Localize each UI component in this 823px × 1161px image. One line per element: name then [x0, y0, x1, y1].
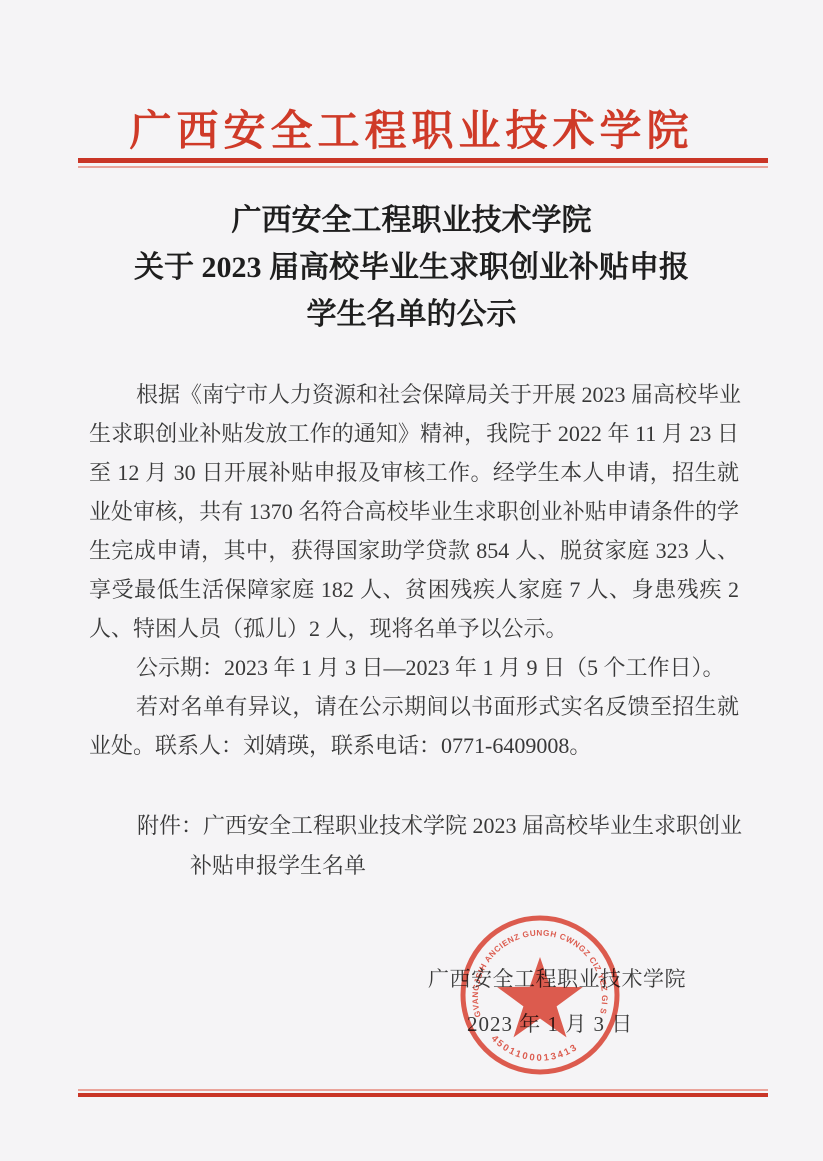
- letterhead-title: 广西安全工程职业技术学院: [0, 98, 823, 158]
- document-title-line-2: 关于 2023 届高校毕业生求职创业补贴申报: [0, 244, 823, 291]
- body-line: 享受最低生活保障家庭 182 人、贫困残疾人家庭 7 人、身患残疾 2: [89, 570, 739, 609]
- signature-date: 2023 年 1 月 3 日: [467, 1008, 633, 1038]
- official-seal-stamp: GVANGJSIH ANCIENZ GUNGH CWNGZ CIZ YEZ GI…: [450, 905, 630, 1085]
- seal-outer-ring: [463, 918, 617, 1072]
- footer-divider: [78, 1089, 768, 1097]
- seal-ring-text: GVANGJSIH ANCIENZ GUNGH CWNGZ CIZ YEZ GI…: [450, 905, 609, 1018]
- signature-institution: 广西安全工程职业技术学院: [428, 963, 686, 993]
- body-line-contact: 业处。联系人：刘婧瑛，联系电话：0771-6409008。: [89, 726, 739, 765]
- body-line: 若对名单有异议，请在公示期间以书面形式实名反馈至招生就: [89, 687, 739, 726]
- attachment-line-1: 附件：广西安全工程职业技术学院 2023 届高校毕业生求职创业: [89, 806, 749, 846]
- seal-ring-chinese-text: 广西安全工程职业技术学院: [450, 905, 457, 908]
- divider-thick-line: [78, 158, 768, 163]
- attachment-line-2: 补贴申报学生名单: [89, 846, 749, 886]
- body-line: 根据《南宁市人力资源和社会保障局关于开展 2023 届高校毕业: [89, 375, 739, 414]
- body-line: 人、特困人员（孤儿）2 人，现将名单予以公示。: [89, 609, 739, 648]
- body-line: 生求职创业补贴发放工作的通知》精神，我院于 2022 年 11 月 23 日: [89, 414, 739, 453]
- divider-thin-line: [78, 1089, 768, 1091]
- divider-thick-line: [78, 1093, 768, 1097]
- letterhead-divider: [78, 158, 768, 168]
- body-line-publicity-period: 公示期：2023 年 1 月 3 日—2023 年 1 月 9 日（5 个工作日…: [89, 648, 739, 687]
- document-title-line-3: 学生名单的公示: [0, 291, 823, 338]
- attachment-note: 附件：广西安全工程职业技术学院 2023 届高校毕业生求职创业 补贴申报学生名单: [89, 806, 749, 886]
- body-line: 至 12 月 30 日开展补贴申报及审核工作。经学生本人申请，招生就: [89, 453, 739, 492]
- seal-ring-latin-text: GVANGJSIH ANCIENZ GUNGH CWNGZ CIZ YEZ GI…: [450, 905, 609, 1018]
- divider-thin-line: [78, 166, 768, 168]
- body-line: 生完成申请，其中，获得国家助学贷款 854 人、脱贫家庭 323 人、: [89, 531, 739, 570]
- document-body: 根据《南宁市人力资源和社会保障局关于开展 2023 届高校毕业 生求职创业补贴发…: [89, 375, 739, 765]
- document-title-line-1: 广西安全工程职业技术学院: [0, 197, 823, 244]
- body-line: 业处审核，共有 1370 名符合高校毕业生求职创业补贴申请条件的学: [89, 492, 739, 531]
- document-title: 广西安全工程职业技术学院 关于 2023 届高校毕业生求职创业补贴申报 学生名单…: [0, 197, 823, 338]
- scanned-document-page: 广西安全工程职业技术学院 广西安全工程职业技术学院 关于 2023 届高校毕业生…: [0, 0, 823, 1161]
